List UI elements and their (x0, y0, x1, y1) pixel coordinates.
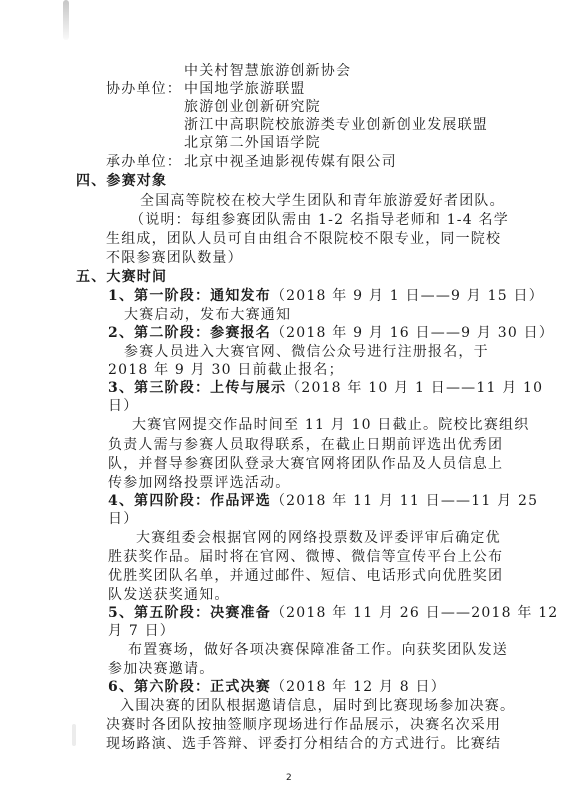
stage-body: 负责人需与参赛人员取得联系，在截止日期前评选出优秀团 (108, 436, 503, 454)
stage-body: 参加决赛邀请。 (108, 660, 214, 678)
stage-body: 传参加网络投票评选活动。 (108, 474, 290, 492)
co-organizer: 旅游创业创新研究院 (184, 98, 321, 116)
co-organizer: 浙江中高职院校旅游类专业创新创业发展联盟 (184, 116, 488, 134)
stage-body: 大赛官网提交作品时间至 11 月 10 日截止。院校比赛组织 (132, 416, 529, 434)
co-organizer: 北京第二外国语学院 (184, 134, 321, 152)
stage-title: 1、第一阶段：通知发布（2018 年 9 月 1 日——9 月 15 日） (108, 287, 544, 305)
note-line: （说明：每组参赛团队需由 1-2 名指导老师和 1-4 名学 (130, 211, 509, 229)
co-organizer: 中国地学旅游联盟 (184, 80, 306, 98)
section-heading-participants: 四、参赛对象 (76, 172, 167, 190)
stage-body: 胜获奖作品。届时将在官网、微博、微信等宣传平台上公布 (108, 548, 503, 566)
stage-title: 3、第三阶段：上传与展示（2018 年 10 月 1 日——11 月 10 (108, 379, 543, 397)
undertaker: 北京中视圣迪影视传媒有限公司 (184, 153, 397, 171)
scan-artifact (63, 0, 69, 40)
stage-title: 5、第五阶段：决赛准备（2018 年 11 月 26 日——2018 年 12 (108, 604, 558, 622)
stage-date-cont: 日） (108, 397, 138, 415)
stage-body: 队，并督导参赛团队登录大赛官网将团队作品及人员信息上 (108, 455, 503, 473)
stage-body: 现场路演、选手答辩、评委打分相结合的方式进行。比赛结 (106, 735, 501, 753)
stage-body: 布置赛场，做好各项决赛保障准备工作。向获奖团队发送 (128, 641, 508, 659)
paragraph: 全国高等院校在校大学生团队和青年旅游爱好者团队。 (140, 192, 505, 210)
stage-body: 参赛人员进入大赛官网、微信公众号进行注册报名，于 (124, 343, 489, 361)
stage-body: 大赛启动，发布大赛通知 (124, 306, 291, 324)
stage-title: 4、第四阶段：作品评选（2018 年 11 月 11 日——11 月 25 (108, 492, 538, 510)
note-line: 生组成，团队人员可自由组合不限院校不限专业，同一院校 (106, 230, 501, 248)
stage-date-cont: 月 7 日） (108, 622, 175, 640)
stage-body: 决赛时各团队按抽签顺序现场进行作品展示，决赛名次采用 (106, 716, 501, 734)
stage-body: 队发送获奖通知。 (108, 586, 230, 604)
stage-body: 大赛组委会根据官网的网络投票数及评委评审后确定优 (136, 529, 501, 547)
note-line: 不限参赛团队数量） (106, 249, 243, 267)
page-number: 2 (286, 773, 292, 783)
stage-date-cont: 日） (108, 510, 138, 528)
section-heading-schedule: 五、大赛时间 (76, 268, 167, 286)
stage-body: 优胜奖团队名单，并通过邮件、短信、电话形式向优胜奖团 (108, 567, 503, 585)
document-page: 中关村智慧旅游创新协会 协办单位： 中国地学旅游联盟 旅游创业创新研究院 浙江中… (0, 0, 562, 800)
sponsor-continued: 中关村智慧旅游创新协会 (184, 62, 351, 80)
scan-artifact (72, 724, 76, 746)
co-organizer-label: 协办单位： (106, 80, 182, 98)
stage-title: 6、第六阶段：正式决赛（2018 年 12 月 8 日） (108, 678, 446, 696)
stage-body: 入围决赛的团队根据邀请信息，届时到比赛现场参加决赛。 (120, 697, 515, 715)
undertaker-label: 承办单位： (106, 153, 182, 171)
stage-title: 2、第二阶段：参赛报名（2018 年 9 月 16 日——9 月 30 日） (108, 324, 554, 342)
stage-body: 2018 年 9 月 30 日前截止报名； (108, 361, 344, 379)
